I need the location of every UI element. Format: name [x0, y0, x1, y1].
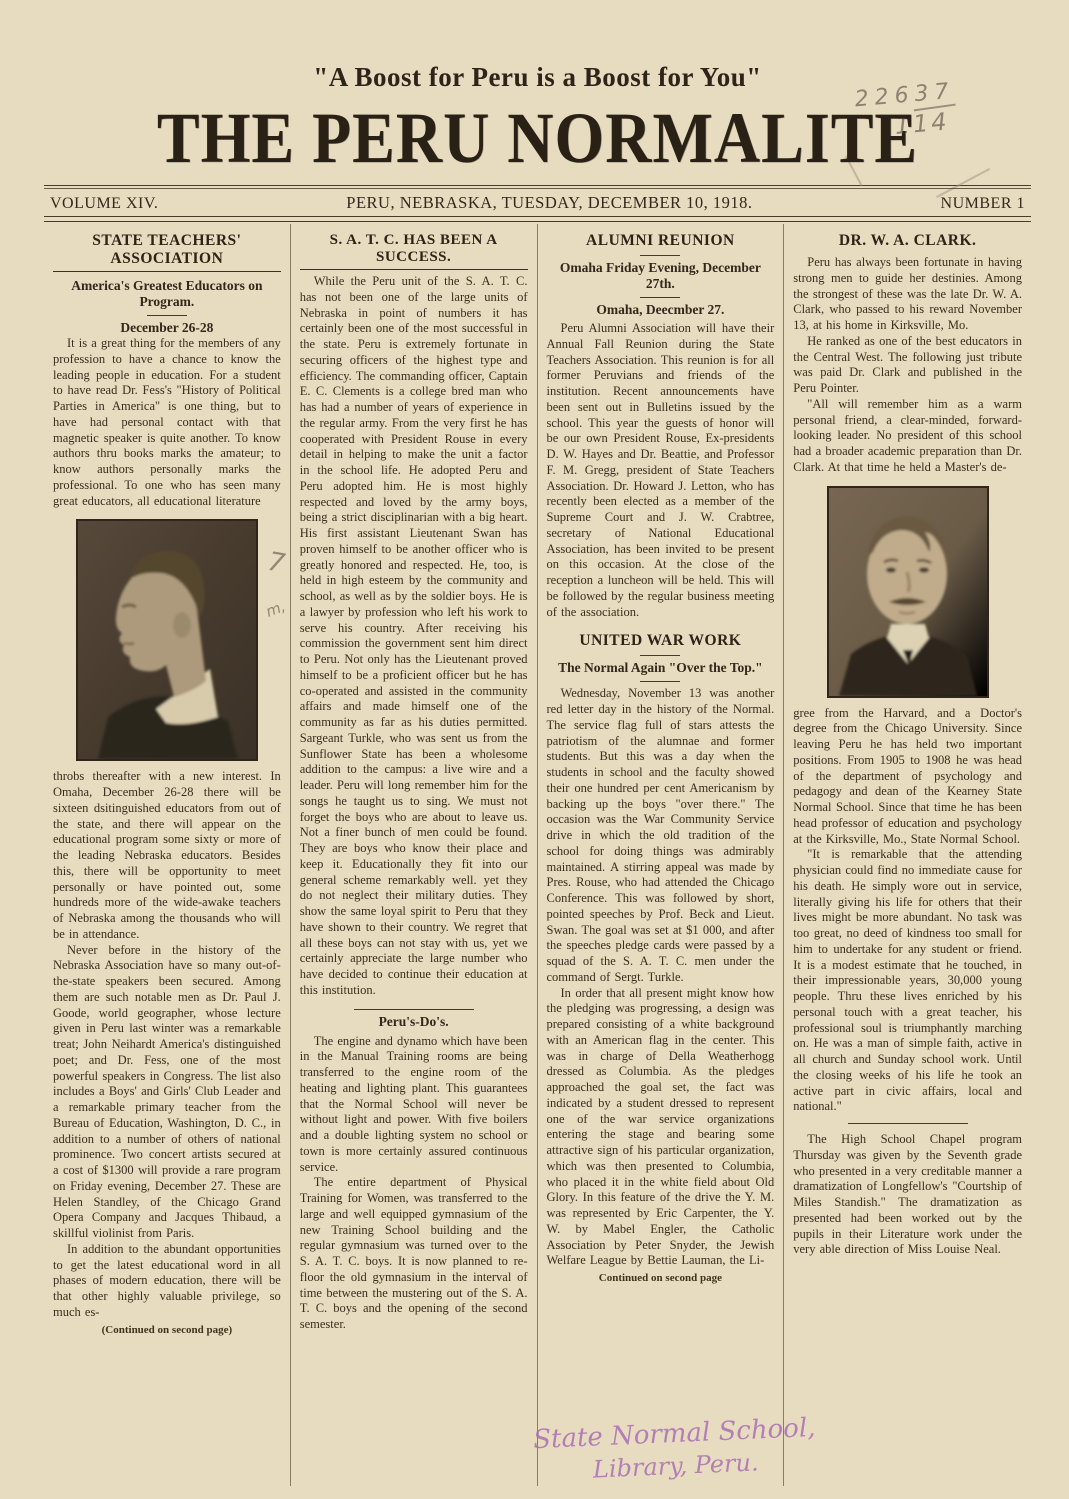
article-paragraph: "All will remember him as a warm persona…: [793, 397, 1022, 476]
continued-note: (Continued on second page): [53, 1324, 281, 1336]
dateline-section: VOLUME XIV. PERU, NEBRASKA, TUESDAY, DEC…: [44, 185, 1031, 222]
article-paragraph: "It is remarkable that the attending phy…: [793, 847, 1022, 1115]
masthead: 22637 114 "A Boost for Peru is a Boost f…: [44, 62, 1031, 171]
dr-clark-portrait-photo: [827, 486, 989, 698]
article-subheading: The Normal Again "Over the Top.": [547, 660, 775, 676]
continued-note: Continued on second page: [547, 1272, 775, 1284]
article-paragraph: The High School Chapel program Thursday …: [793, 1132, 1022, 1258]
divider-dash: [147, 315, 187, 316]
dateline-row: VOLUME XIV. PERU, NEBRASKA, TUESDAY, DEC…: [44, 189, 1031, 216]
article-subheading: Peru's-Do's.: [300, 1014, 528, 1030]
article-paragraph: Peru Alumni Association will have their …: [547, 321, 775, 620]
article-paragraph: He ranked as one of the best educators i…: [793, 334, 1022, 397]
column-alumni-reunion: ALUMNI REUNION Omaha Friday Evening, Dec…: [538, 224, 785, 1486]
article-subheading: America's Greatest Educators on Program.: [53, 278, 281, 310]
article-paragraph: Peru has always been fortunate in having…: [793, 255, 1022, 334]
article-paragraph: Wednesday, November 13 was another red l…: [547, 686, 775, 985]
article-heading: STATE TEACHERS' ASSOCIATION: [53, 232, 281, 272]
article-paragraph: In addition to the abundant opportunitie…: [53, 1242, 281, 1321]
masthead-title: THE PERU NORMALITE: [44, 97, 1031, 180]
dateline-text: PERU, NEBRASKA, TUESDAY, DECEMBER 10, 19…: [346, 193, 752, 213]
volume-label: VOLUME XIV.: [50, 195, 158, 213]
dr-clark-portrait-illustration: [829, 488, 987, 696]
profile-portrait-photo: [76, 519, 258, 761]
article-heading: DR. W. A. CLARK.: [793, 232, 1022, 250]
article-paragraph: gree from the Harvard, and a Doctor's de…: [793, 706, 1022, 848]
newspaper-page: 22637 114 "A Boost for Peru is a Boost f…: [0, 0, 1069, 1499]
article-paragraph: The engine and dynamo which have been in…: [300, 1034, 528, 1176]
divider-dash: [354, 1009, 474, 1010]
divider-dash: [848, 1123, 968, 1124]
article-heading: ALUMNI REUNION: [547, 232, 775, 250]
issue-number-label: NUMBER 1: [941, 195, 1025, 213]
rule-top-2: [44, 188, 1031, 189]
article-paragraph: It is a great thing for the members of a…: [53, 336, 281, 509]
divider-dash: [640, 681, 680, 682]
article-paragraph: throbs thereafter with a new interest. I…: [53, 769, 281, 942]
column-state-teachers-association: STATE TEACHERS' ASSOCIATION America's Gr…: [44, 224, 291, 1486]
article-date-heading: December 26-28: [53, 320, 281, 336]
article-paragraph: The entire department of Physical Traini…: [300, 1175, 528, 1333]
article-paragraph: While the Peru unit of the S. A. T. C. h…: [300, 274, 528, 999]
article-columns: STATE TEACHERS' ASSOCIATION America's Gr…: [44, 224, 1031, 1486]
rule-below-dateline: [44, 216, 1031, 222]
profile-portrait-illustration: [78, 521, 256, 759]
article-heading: UNITED WAR WORK: [547, 632, 775, 650]
divider-dash: [640, 297, 680, 298]
divider-dash: [640, 255, 680, 256]
column-dr-clark: DR. W. A. CLARK. Peru has always been fo…: [784, 224, 1031, 1486]
article-heading: S. A. T. C. HAS BEEN A SUCCESS.: [300, 232, 528, 270]
article-date-heading: Omaha, Deecmber 27.: [547, 302, 775, 318]
article-subheading: Omaha Friday Evening, December 27th.: [547, 260, 775, 292]
article-paragraph: Never before in the history of the Nebra…: [53, 943, 281, 1242]
article-paragraph: In order that all present might know how…: [547, 986, 775, 1270]
column-satc-success: S. A. T. C. HAS BEEN A SUCCESS. While th…: [291, 224, 538, 1486]
rule-top: [44, 185, 1031, 186]
divider-dash: [640, 655, 680, 656]
